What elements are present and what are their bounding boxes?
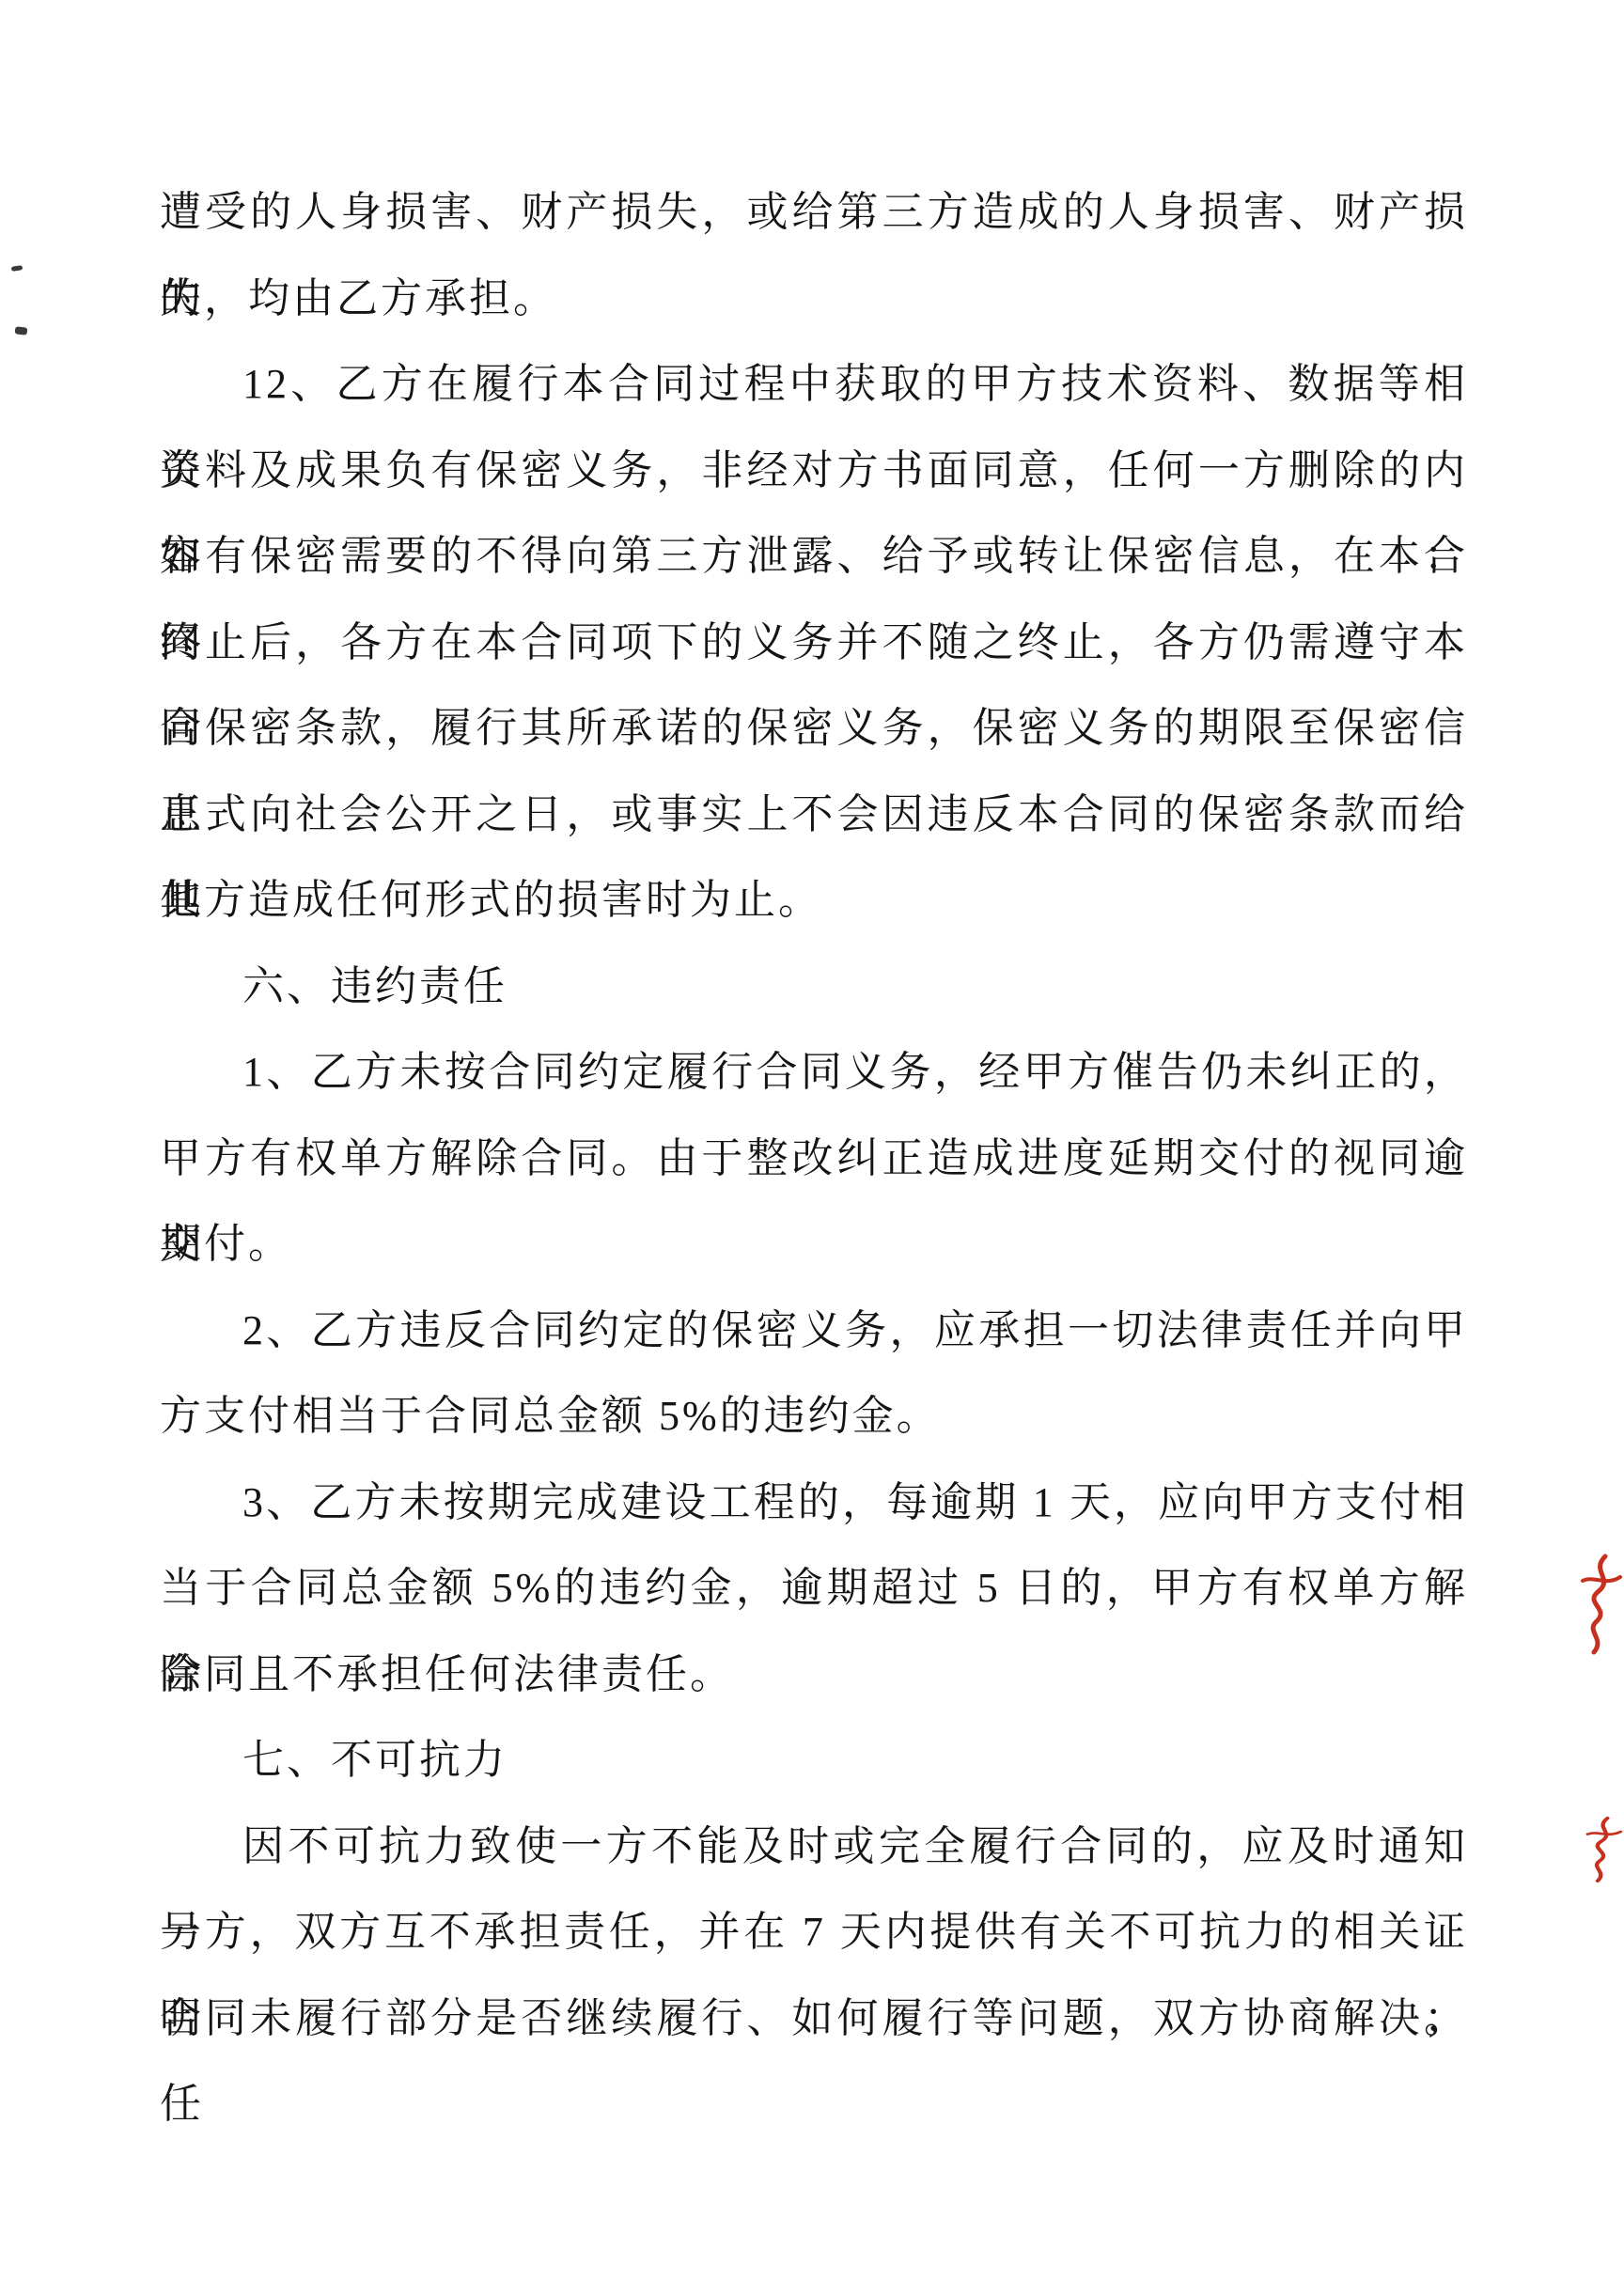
document-line: 合同未履行部分是否继续履行、如何履行等问题，双方协商解决；任 (160, 1975, 1468, 2062)
document-line: 同保密条款，履行其所承诺的保密义务，保密义务的期限至保密信息 (160, 685, 1468, 772)
document-line: 当于合同总金额 5%的违约金，逾期超过 5 日的，甲方有权单方解除 (160, 1545, 1468, 1632)
scan-artifact-mark (15, 326, 28, 335)
contract-page: 遭受的人身损害、财产损失，或给第三方造成的人身损害、财产损失的，均由乙方承担。1… (0, 0, 1624, 2280)
document-line: 12、乙方在履行本合同过程中获取的甲方技术资料、数据等相关 (160, 341, 1468, 428)
document-line: 正式向社会公开之日，或事实上不会因违反本合同的保密条款而给其 (160, 772, 1468, 858)
document-line: 他方造成任何形式的损害时为止。 (160, 857, 1468, 944)
document-line: 甲方有权单方解除合同。由于整改纠正造成进度延期交付的视同逾期 (160, 1116, 1468, 1202)
document-line: 遭受的人身损害、财产损失，或给第三方造成的人身损害、财产损失 (160, 169, 1468, 256)
document-line: 六、违约责任 (160, 944, 1468, 1030)
document-line: 如有保密需要的不得向第三方泄露、给予或转让保密信息，在本合同 (160, 513, 1468, 600)
scan-artifact-mark (11, 265, 23, 272)
document-line: 交付。 (160, 1201, 1468, 1288)
document-line: 的，均由乙方承担。 (160, 256, 1468, 342)
document-line: 2、乙方违反合同约定的保密义务，应承担一切法律责任并向甲 (160, 1288, 1468, 1374)
document-line: 终止后，各方在本合同项下的义务并不随之终止，各方仍需遵守本合 (160, 600, 1468, 686)
document-line: 七、不可抗力 (160, 1717, 1468, 1804)
red-ink-annotation-icon (1583, 1816, 1624, 1883)
document-line: 合同且不承担任何法律责任。 (160, 1632, 1468, 1718)
document-line: 方支付相当于合同总金额 5%的违约金。 (160, 1373, 1468, 1460)
document-line: 因不可抗力致使一方不能及时或完全履行合同的，应及时通知另 (160, 1804, 1468, 1890)
contract-text-block: 遭受的人身损害、财产损失，或给第三方造成的人身损害、财产损失的，均由乙方承担。1… (160, 169, 1468, 2061)
document-line: 资料及成果负有保密义务，非经对方书面同意，任何一方删除的内容： (160, 428, 1468, 514)
document-line: 3、乙方未按期完成建设工程的，每逾期 1 天，应向甲方支付相 (160, 1460, 1468, 1546)
document-line: 一方，双方互不承担责任，并在 7 天内提供有关不可抗力的相关证明。 (160, 1889, 1468, 1975)
document-line: 1、乙方未按合同约定履行合同义务，经甲方催告仍未纠正的， (160, 1029, 1468, 1116)
red-ink-annotation-icon (1577, 1553, 1624, 1656)
